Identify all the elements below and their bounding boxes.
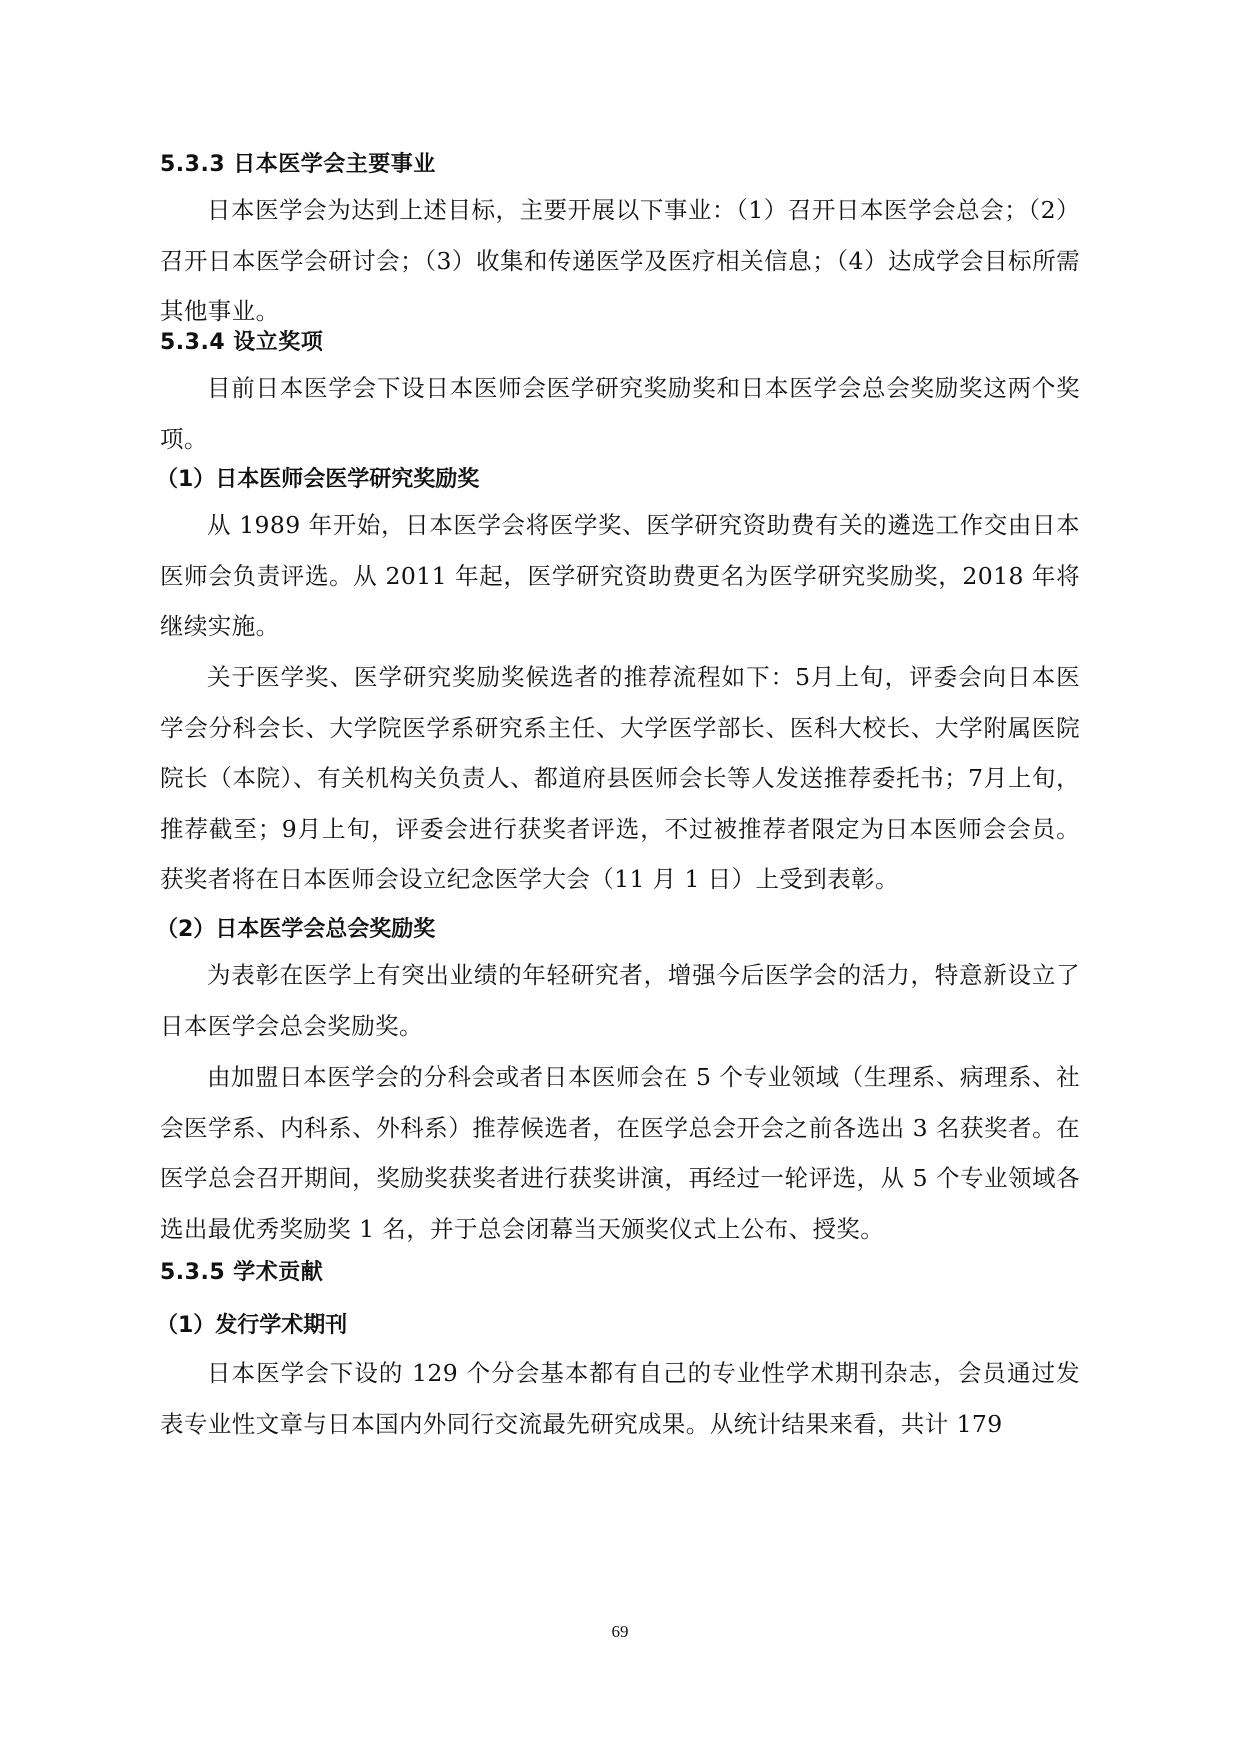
- subheading-journals: （1）发行学术期刊: [156, 1311, 347, 1341]
- paragraph-general-assembly-award-process: 由加盟日本医学会的分科会或者日本医师会在 5 个专业领域（生理系、病理系、社会医…: [160, 1052, 1080, 1254]
- subheading-general-assembly-award: （2）日本医学会总会奖励奖: [156, 915, 435, 945]
- paragraph-research-award-process: 关于医学奖、医学研究奖励奖候选者的推荐流程如下：5月上旬，评委会向日本医学会分科…: [160, 652, 1080, 905]
- section-heading-5-3-5: 5.3.5 学术贡献: [160, 1258, 323, 1288]
- subheading-research-award: （1）日本医师会医学研究奖励奖: [156, 465, 479, 495]
- paragraph-journals: 日本医学会下设的 129 个分会基本都有自己的专业性学术期刊杂志，会员通过发表专…: [160, 1348, 1080, 1449]
- paragraph-general-assembly-award-purpose: 为表彰在医学上有突出业绩的年轻研究者，增强今后医学会的活力，特意新设立了日本医学…: [160, 950, 1080, 1051]
- page-number: 69: [0, 1622, 1240, 1642]
- paragraph-awards-intro: 目前日本医学会下设日本医师会医学研究奖励奖和日本医学会总会奖励奖这两个奖项。: [160, 363, 1080, 464]
- section-heading-5-3-3: 5.3.3 日本医学会主要事业: [160, 150, 436, 180]
- paragraph-main-activities: 日本医学会为达到上述目标，主要开展以下事业：（1）召开日本医学会总会；（2）召开…: [160, 185, 1080, 337]
- paragraph-research-award-history: 从 1989 年开始，日本医学会将医学奖、医学研究资助费有关的遴选工作交由日本医…: [160, 500, 1080, 652]
- section-heading-5-3-4: 5.3.4 设立奖项: [160, 328, 323, 358]
